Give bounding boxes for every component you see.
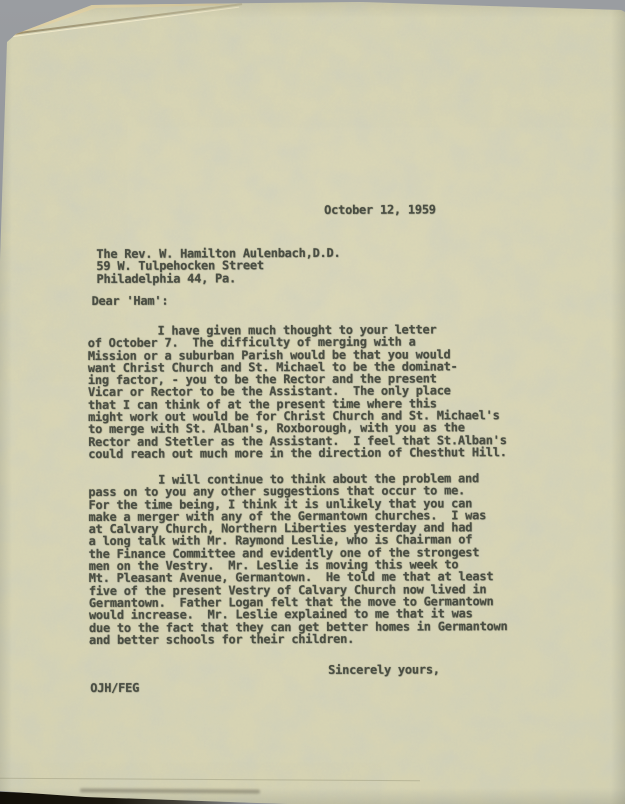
salutation: Dear 'Ham': <box>92 295 169 308</box>
typewritten-text: October 12, 1959 The Rev. W. Hamilton Au… <box>0 0 625 804</box>
body-paragraph-2: I will continue to think about the probl… <box>88 472 507 646</box>
complimentary-closing: Sincerely yours, <box>328 663 440 676</box>
letter-paper-sheet: October 12, 1959 The Rev. W. Hamilton Au… <box>0 0 625 804</box>
scanned-letter-page: October 12, 1959 The Rev. W. Hamilton Au… <box>0 0 625 804</box>
typist-initials: OJH/FEG <box>90 682 139 695</box>
recipient-address: The Rev. W. Hamilton Aulenbach,D.D. 59 W… <box>96 247 340 285</box>
letter-date: October 12, 1959 <box>324 203 436 216</box>
body-paragraph-1: I have given much thought to your letter… <box>88 323 507 460</box>
